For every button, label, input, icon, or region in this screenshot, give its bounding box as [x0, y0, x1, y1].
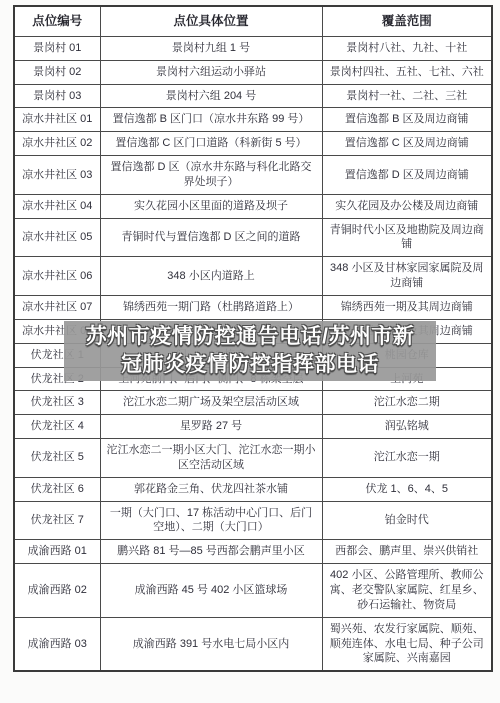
point-location-cell: 348 小区内道路上 [100, 257, 322, 296]
point-id-cell: 成渝西路 02 [14, 564, 100, 618]
table-row: 景岗村 03 景岗村六组 204 号 景岗村一社、二社、三社 [14, 84, 492, 108]
point-id-cell: 伏龙社区 3 [14, 391, 100, 415]
point-location-cell: 鹏兴路 81 号—85 号西都会鹏声里小区 [100, 540, 322, 564]
table-row: 景岗村 01 景岗村九组 1 号 景岗村八社、九社、十社 [14, 36, 492, 60]
coverage-cell: 置信逸都 D 区及周边商铺 [322, 156, 492, 195]
column-header-point-location: 点位具体位置 [100, 6, 322, 36]
coverage-cell: 景岗村八社、九社、十社 [322, 36, 492, 60]
table-header: 点位编号 点位具体位置 覆盖范围 [14, 6, 492, 36]
point-id-cell: 凉水井社区 07 [14, 296, 100, 320]
coverage-cell: 348 小区及甘林家园家属院及周边商铺 [322, 257, 492, 296]
table-row: 伏龙社区 5 沱江水恋二一期小区大门、沱江水恋一期小区空活动区域 沱江水恋一期 [14, 439, 492, 478]
point-id-cell: 景岗村 02 [14, 60, 100, 84]
point-location-cell: 青铜时代与置信逸都 D 区之间的道路 [100, 218, 322, 257]
point-location-cell: 置信逸都 D 区（凉水井东路与科化北路交界处坝子） [100, 156, 322, 195]
table-row: 伏龙社区 4 星罗路 27 号 润弘铭城 [14, 415, 492, 439]
point-id-cell: 凉水井社区 01 [14, 108, 100, 132]
coverage-cell: 锦绣西苑一期及其周边商铺 [322, 296, 492, 320]
table-row: 凉水井社区 04 实久花园小区里面的道路及坝子 实久花园及办公楼及周边商铺 [14, 194, 492, 218]
point-id-cell: 成渝西路 03 [14, 617, 100, 671]
coverage-cell: 润弘铭城 [322, 415, 492, 439]
table-row: 伏龙社区 7 一期（大门口、17 栋活动中心门口、后门空地）、二期（大门口） 铂… [14, 501, 492, 540]
point-location-cell: 沱江水恋二一期小区大门、沱江水恋一期小区空活动区域 [100, 439, 322, 478]
point-id-cell: 伏龙社区 5 [14, 439, 100, 478]
header-row: 点位编号 点位具体位置 覆盖范围 [14, 6, 492, 36]
point-id-cell: 伏龙社区 6 [14, 477, 100, 501]
point-location-cell: 成渝西路 391 号水电七局小区内 [100, 617, 322, 671]
point-id-cell: 凉水井社区 04 [14, 194, 100, 218]
page: 点位编号 点位具体位置 覆盖范围 景岗村 01 景岗村九组 1 号 景岗村八社、… [0, 0, 500, 703]
point-id-cell: 凉水井社区 02 [14, 132, 100, 156]
point-location-cell: 景岗村九组 1 号 [100, 36, 322, 60]
coverage-cell: 景岗村一社、二社、三社 [322, 84, 492, 108]
table-row: 凉水井社区 02 置信逸都 C 区门口道路（科新街 5 号） 置信逸都 C 区及… [14, 132, 492, 156]
point-location-cell: 一期（大门口、17 栋活动中心门口、后门空地）、二期（大门口） [100, 501, 322, 540]
point-location-cell: 实久花园小区里面的道路及坝子 [100, 194, 322, 218]
coverage-cell: 置信逸都 C 区及周边商铺 [322, 132, 492, 156]
point-location-cell: 成渝西路 45 号 402 小区篮球场 [100, 564, 322, 618]
point-id-cell: 景岗村 01 [14, 36, 100, 60]
coverage-cell: 伏龙 1、6、4、5 [322, 477, 492, 501]
column-header-coverage: 覆盖范围 [322, 6, 492, 36]
table-row: 凉水井社区 03 置信逸都 D 区（凉水井东路与科化北路交界处坝子） 置信逸都 … [14, 156, 492, 195]
coverage-cell: 置信逸都 B 区及周边商铺 [322, 108, 492, 132]
watermark-line-1: 苏州市疫情防控通告电话/苏州市新 [86, 323, 415, 351]
point-id-cell: 伏龙社区 7 [14, 501, 100, 540]
watermark-overlay: 苏州市疫情防控通告电话/苏州市新 冠肺炎疫情防控指挥部电话 [64, 321, 436, 381]
point-location-cell: 星罗路 27 号 [100, 415, 322, 439]
point-location-cell: 锦绣西苑一期门路（杜鹃路道路上） [100, 296, 322, 320]
point-location-cell: 郭花路金三角、伏龙四社茶水铺 [100, 477, 322, 501]
table-row: 成渝西路 01 鹏兴路 81 号—85 号西都会鹏声里小区 西都会、鹏声里、崇兴… [14, 540, 492, 564]
table-row: 伏龙社区 3 沱江水恋二期广场及架空层活动区域 沱江水恋二期 [14, 391, 492, 415]
point-id-cell: 成渝西路 01 [14, 540, 100, 564]
coverage-cell: 铂金时代 [322, 501, 492, 540]
table-row: 成渝西路 03 成渝西路 391 号水电七局小区内 蜀兴苑、农发行家属院、顺苑、… [14, 617, 492, 671]
coverage-cell: 实久花园及办公楼及周边商铺 [322, 194, 492, 218]
point-location-cell: 景岗村六组 204 号 [100, 84, 322, 108]
point-id-cell: 凉水井社区 03 [14, 156, 100, 195]
table-row: 凉水井社区 07 锦绣西苑一期门路（杜鹃路道路上） 锦绣西苑一期及其周边商铺 [14, 296, 492, 320]
coverage-cell: 沱江水恋二期 [322, 391, 492, 415]
table-row: 凉水井社区 06 348 小区内道路上 348 小区及甘林家园家属院及周边商铺 [14, 257, 492, 296]
table-row: 景岗村 02 景岗村六组运动小驿站 景岗村四社、五社、七社、六社 [14, 60, 492, 84]
coverage-cell: 青铜时代小区及地勘院及周边商铺 [322, 218, 492, 257]
point-id-cell: 凉水井社区 05 [14, 218, 100, 257]
point-id-cell: 伏龙社区 4 [14, 415, 100, 439]
coverage-cell: 蜀兴苑、农发行家属院、顺苑、顺苑连体、水电七局、种子公司家属院、兴南嘉园 [322, 617, 492, 671]
table-row: 凉水井社区 01 置信逸都 B 区门口（凉水井东路 99 号） 置信逸都 B 区… [14, 108, 492, 132]
point-location-cell: 置信逸都 C 区门口道路（科新街 5 号） [100, 132, 322, 156]
point-location-cell: 置信逸都 B 区门口（凉水井东路 99 号） [100, 108, 322, 132]
table-row: 成渝西路 02 成渝西路 45 号 402 小区篮球场 402 小区、公路管理所… [14, 564, 492, 618]
coverage-cell: 景岗村四社、五社、七社、六社 [322, 60, 492, 84]
point-location-cell: 沱江水恋二期广场及架空层活动区域 [100, 391, 322, 415]
watermark-line-2: 冠肺炎疫情防控指挥部电话 [121, 351, 379, 379]
table-row: 伏龙社区 6 郭花路金三角、伏龙四社茶水铺 伏龙 1、6、4、5 [14, 477, 492, 501]
coverage-cell: 402 小区、公路管理所、教师公寓、老交警队家属院、红星乡、砂石运输社、物资局 [322, 564, 492, 618]
point-id-cell: 凉水井社区 06 [14, 257, 100, 296]
coverage-cell: 沱江水恋一期 [322, 439, 492, 478]
coverage-cell: 西都会、鹏声里、崇兴供销社 [322, 540, 492, 564]
table-row: 凉水井社区 05 青铜时代与置信逸都 D 区之间的道路 青铜时代小区及地勘院及周… [14, 218, 492, 257]
column-header-point-id: 点位编号 [14, 6, 100, 36]
point-location-cell: 景岗村六组运动小驿站 [100, 60, 322, 84]
point-id-cell: 景岗村 03 [14, 84, 100, 108]
